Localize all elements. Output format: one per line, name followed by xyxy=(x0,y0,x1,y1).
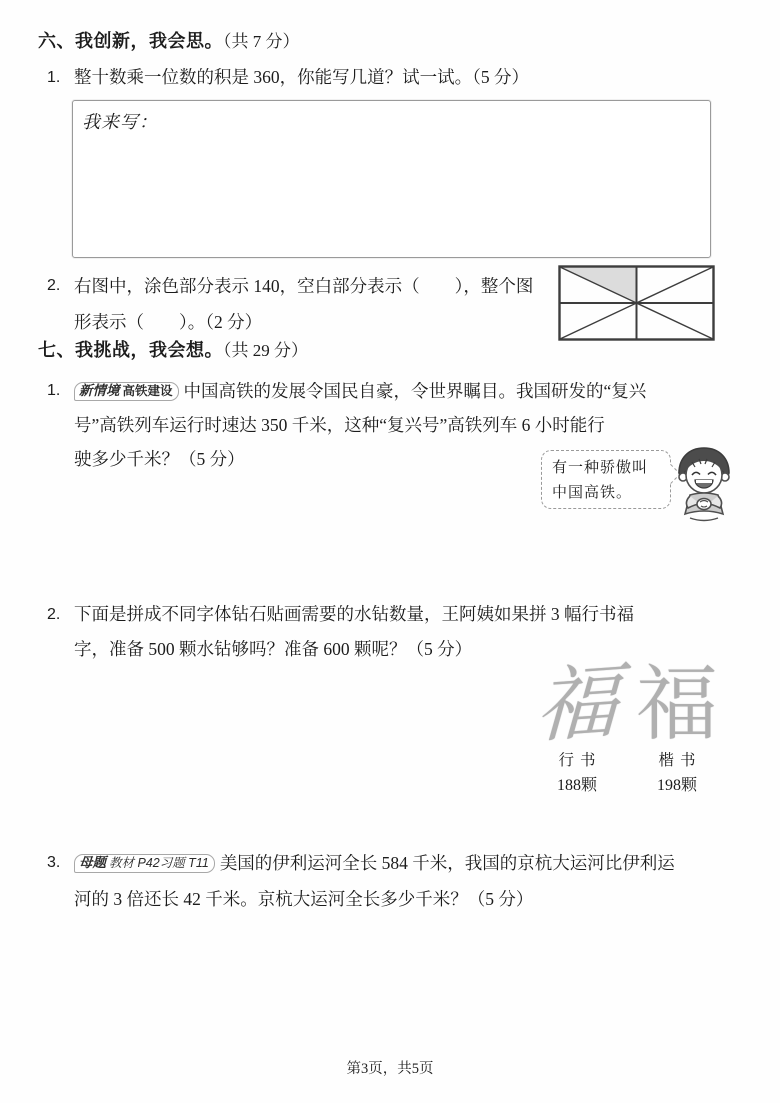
section-six-title: 六、我创新，我会思。 xyxy=(38,31,223,51)
worksheet-page: 六、我创新，我会思。（共 7 分） 1. 整十数乘一位数的积是 360，你能写几… xyxy=(0,0,780,1103)
figure-lines xyxy=(560,267,714,340)
question-number: 1. xyxy=(47,60,60,95)
question-text-line: 号”高铁列车运行时速达 350 千米，这种“复兴号”高铁列车 6 小时能行 xyxy=(74,408,646,442)
speech-bubble-line: 中国高铁。 xyxy=(552,481,662,506)
question-7-2: 2. 下面是拼成不同字体钻石贴画需要的水钻数量，王阿姨如果拼 3 幅行书福 字，… xyxy=(74,597,634,667)
font-style-label: 楷书 xyxy=(629,752,725,770)
speech-bubble-line: 有一种骄傲叫 xyxy=(552,456,662,481)
section-seven-score: （共 29 分） xyxy=(223,341,308,360)
bead-count: 198颗 xyxy=(629,777,725,795)
question-number: 3. xyxy=(47,845,60,881)
question-text: 中国高铁的发展令国民自豪，令世界瞩目。我国研发的“复兴 xyxy=(184,381,647,401)
answer-box-label: 我来写： xyxy=(82,108,158,134)
question-text: 整十数乘一位数的积是 360，你能写几道？试一试。（5 分） xyxy=(74,67,529,87)
question-text-line: 新情境高铁建设中国高铁的发展令国民自豪，令世界瞩目。我国研发的“复兴 xyxy=(74,374,646,408)
question-7-3: 3. 母题教材 P42习题 T11美国的伊利运河全长 584 千米，我国的京杭大… xyxy=(74,845,675,917)
question-number: 2. xyxy=(47,597,60,632)
question-6-2: 2. 右图中，涂色部分表示 140，空白部分表示（ ），整个图 形表示（ ）。（… xyxy=(74,268,533,340)
question-text: 美国的伊利运河全长 584 千米，我国的京杭大运河比伊利运 xyxy=(220,853,675,873)
page-footer: 第3页，共5页 xyxy=(0,1057,780,1078)
font-style-label: 行书 xyxy=(529,752,625,770)
fu-sample-kaishu: 福 楷书 198颗 xyxy=(629,660,725,795)
question-number: 2. xyxy=(47,268,60,304)
fu-character-kaishu: 福 xyxy=(629,660,725,750)
question-text-line: 母题教材 P42习题 T11美国的伊利运河全长 584 千米，我国的京杭大运河比… xyxy=(74,845,675,881)
badge-subtitle: 高铁建设 xyxy=(123,384,173,398)
question-text-line: 河的 3 倍还长 42 千米。京杭大运河全长多少千米？（5 分） xyxy=(74,881,675,917)
badge-title: 新情境 xyxy=(79,383,120,398)
fu-character-xingshu: 福 xyxy=(527,657,627,753)
question-number: 1. xyxy=(47,374,60,408)
question-6-1: 1. 整十数乘一位数的积是 360，你能写几道？试一试。（5 分） xyxy=(74,60,529,95)
bead-count: 188颗 xyxy=(529,777,625,795)
shaded-rectangle-figure xyxy=(558,265,715,341)
section-seven-title: 七、我挑战，我会想。 xyxy=(38,340,223,360)
badge-subtitle: 教材 P42习题 T11 xyxy=(109,856,209,870)
section-six-score: （共 7 分） xyxy=(223,32,300,51)
badge-title: 母题 xyxy=(79,855,106,870)
question-text-line: 右图中，涂色部分表示 140，空白部分表示（ ），整个图 xyxy=(74,268,533,304)
section-seven-heading: 七、我挑战，我会想。（共 29 分） xyxy=(38,336,308,362)
question-text-line: 下面是拼成不同字体钻石贴画需要的水钻数量，王阿姨如果拼 3 幅行书福 xyxy=(74,597,634,632)
speech-bubble: 有一种骄傲叫 中国高铁。 xyxy=(541,450,671,509)
answer-box: 我来写： xyxy=(72,100,711,258)
section-six-heading: 六、我创新，我会思。（共 7 分） xyxy=(38,27,300,53)
context-badge: 新情境高铁建设 xyxy=(74,382,179,401)
source-badge: 母题教材 P42习题 T11 xyxy=(74,854,215,873)
fu-sample-xingshu: 福 行书 188颗 xyxy=(529,660,625,795)
question-text-line: 形表示（ ）。（2 分） xyxy=(74,304,533,340)
boy-cartoon-icon xyxy=(666,444,742,526)
